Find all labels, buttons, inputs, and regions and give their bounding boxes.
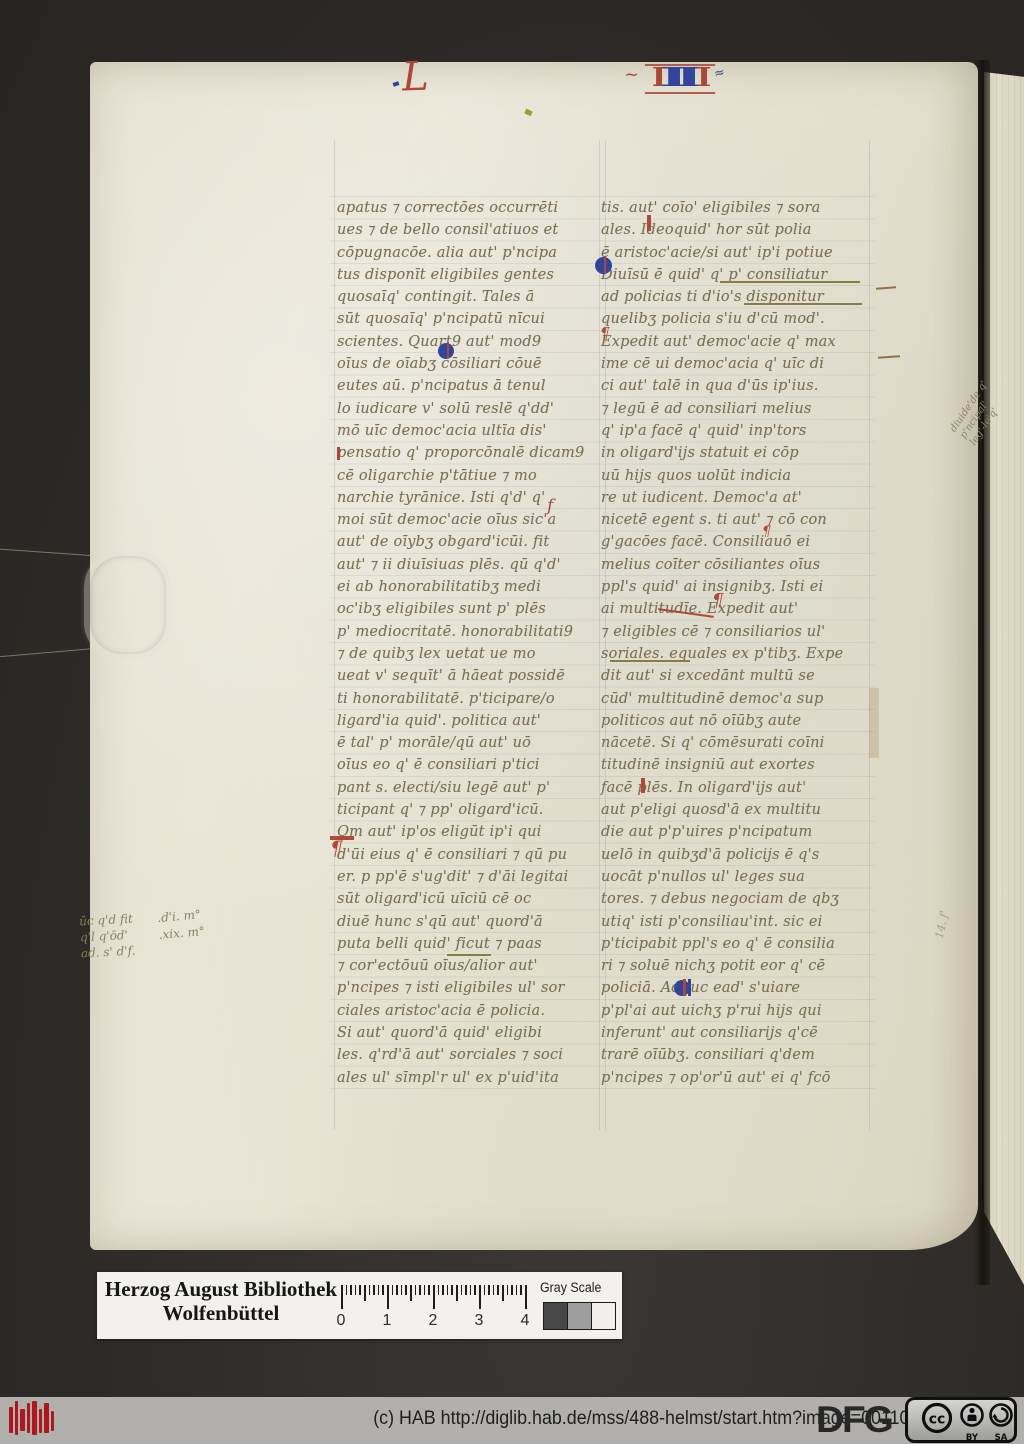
svg-text:BY: BY bbox=[966, 1433, 979, 1443]
page-clip bbox=[84, 550, 172, 660]
svg-text:SA: SA bbox=[995, 1433, 1008, 1443]
header-red-tilde: ~ bbox=[624, 64, 639, 85]
text-line: tus disponīt eligibiles gentes bbox=[337, 264, 603, 286]
ruler-tick bbox=[392, 1285, 394, 1295]
hab-logo-bar bbox=[32, 1401, 37, 1435]
text-line: Qm aut' ip'os eligūt ip'i qui bbox=[337, 821, 603, 843]
text-line: ligard'ia quid'. politica aut' bbox=[337, 710, 603, 732]
ruler-tick bbox=[461, 1285, 463, 1295]
red-f-mark: f bbox=[547, 496, 553, 516]
clip-wire-top bbox=[0, 549, 96, 557]
text-line: nācetē. Si q' cōmēsurati coīni bbox=[601, 732, 871, 754]
ruler-number: 3 bbox=[472, 1312, 486, 1330]
ruler-tick bbox=[369, 1285, 371, 1295]
ruler-tick bbox=[511, 1285, 513, 1295]
text-line: les. q'rd'ā aut' sorciales ⁊ soci bbox=[337, 1044, 603, 1066]
margin-note-left: ūc q'd fitq'l q'ōd'ad. s' d'f. bbox=[79, 911, 136, 962]
ruler-ticks bbox=[341, 1285, 536, 1311]
initial-diuisum-stem bbox=[604, 256, 606, 273]
hab-logo-bar bbox=[51, 1411, 54, 1431]
margin-note-line: ad. s' d'f. bbox=[80, 943, 135, 962]
ruler-tick bbox=[442, 1285, 444, 1295]
ruler-tick bbox=[502, 1285, 504, 1301]
text-line: mō uīc democ'acia ultīa dis' bbox=[337, 420, 603, 442]
initial-quartus-stem bbox=[447, 342, 449, 358]
text-line: ad policias ti d'io's disponitur bbox=[601, 286, 871, 308]
initial-adhuc-stem-red bbox=[683, 979, 686, 996]
ruler-tick bbox=[419, 1285, 421, 1295]
ruler-tick bbox=[516, 1285, 518, 1295]
underline-consiliatur bbox=[720, 281, 860, 283]
text-line: d'ūi eius q' ē consiliari ⁊ qū pu bbox=[337, 844, 603, 866]
ruler-tick bbox=[456, 1285, 458, 1301]
text-line: ales. Ideoquid' hor sūt polia bbox=[601, 219, 871, 241]
text-line: lo iudicare v' solū reslē q'dd' bbox=[337, 398, 603, 420]
ruler-tick bbox=[364, 1285, 366, 1301]
text-line: nicetē egent s. ti aut' ⁊ cō con bbox=[601, 509, 871, 531]
text-line: politicos aut nō oīūbʒ aute bbox=[601, 710, 871, 732]
text-line: policiā. Adhuc ead' s'uiare bbox=[601, 977, 871, 999]
text-line: ticipant q' ⁊ pp' oligard'icū. bbox=[337, 799, 603, 821]
cc-license-badge: cc BY SA bbox=[905, 1397, 1017, 1444]
text-line: Expedit aut' democ'acie q' max bbox=[601, 331, 871, 353]
text-line: cūd' multitudinē democ'a sup bbox=[601, 688, 871, 710]
text-line: sūt oligard'icū uīciū cē oc bbox=[337, 888, 603, 910]
text-line: ē tal' p' morāle/qū aut' uō bbox=[337, 732, 603, 754]
text-line: pant s. electi/siu legē aut' p' bbox=[337, 777, 603, 799]
hab-logo-bar bbox=[15, 1401, 18, 1435]
text-line: titudinē insigniū aut exortes bbox=[601, 754, 871, 776]
text-line: g'gacōes facē. Consiliauō ei bbox=[601, 531, 871, 553]
text-line: aut' de oīybʒ obgard'icūi. fit bbox=[337, 531, 603, 553]
text-line: apatus ⁊ correctōes occurrēti bbox=[337, 197, 603, 219]
ruler-tick bbox=[474, 1285, 476, 1295]
ruler-tick bbox=[470, 1285, 472, 1295]
text-line: puta belli quid' ficut ⁊ paas bbox=[337, 933, 603, 955]
folio-stroke: I bbox=[697, 65, 712, 91]
ruler-tick bbox=[401, 1285, 403, 1295]
paraph-expedit-1: ¶ bbox=[600, 324, 610, 342]
gray-scale-patch bbox=[543, 1302, 568, 1330]
ruler-tick bbox=[479, 1285, 481, 1309]
text-line: utiq' isti p'consiliau'int. sic ei bbox=[601, 911, 871, 933]
text-line: p'pl'ai aut uichʒ p'rui hijs qui bbox=[601, 1000, 871, 1022]
hab-logo-bar bbox=[39, 1409, 42, 1433]
text-line: aut p'eligi quosd'ā ex multitu bbox=[601, 799, 871, 821]
footer-strip: (c) HAB http://diglib.hab.de/mss/488-hel… bbox=[0, 1397, 1024, 1444]
gray-scale-patch bbox=[567, 1302, 592, 1330]
underline-disponitur bbox=[744, 303, 862, 305]
text-line: tores. ⁊ debus negociam de qbʒ bbox=[601, 888, 871, 910]
text-line: ei ab honorabilitatibʒ medi bbox=[337, 576, 603, 598]
text-line: ues ⁊ de bello consil'atiuos et bbox=[337, 219, 603, 241]
text-line: ppl's quid' ai insignibʒ. Isti ei bbox=[601, 576, 871, 598]
red-p-touch bbox=[337, 447, 340, 460]
text-line: p'ticipabit ppl's eo q' ē consilia bbox=[601, 933, 871, 955]
hab-logo-bar bbox=[44, 1403, 49, 1433]
library-name-line2: Wolfenbüttel bbox=[100, 1301, 342, 1325]
ruler-tick bbox=[465, 1285, 467, 1295]
ruler-tick bbox=[433, 1285, 435, 1309]
text-line: dit aut' si excedānt multū se bbox=[601, 665, 871, 687]
ruler-tick bbox=[488, 1285, 490, 1295]
text-line: oc'ibʒ eligibiles sunt p' plēs bbox=[337, 598, 603, 620]
ruler-number: 0 bbox=[334, 1312, 348, 1330]
text-line: re ut iudicent. Democ'a at' bbox=[601, 487, 871, 509]
text-line: aut' ⁊ ii diuīsiuas plēs. qū q'd' bbox=[337, 554, 603, 576]
gray-scale-label: Gray Scale bbox=[540, 1280, 601, 1295]
ruler-tick bbox=[355, 1285, 357, 1295]
text-line: er. p pp'ē s'ug'dit' ⁊ d'āi legitai bbox=[337, 866, 603, 888]
ruler-number: 1 bbox=[380, 1312, 394, 1330]
copyright-text: (c) HAB http://diglib.hab.de/mss/488-hel… bbox=[373, 1408, 787, 1430]
text-line: uū hijs quos uolūt indicia bbox=[601, 465, 871, 487]
ruler-tick bbox=[525, 1285, 527, 1309]
text-line: ⁊ eligibles cē ⁊ consiliarios ul' bbox=[601, 621, 871, 643]
hab-logo-icon bbox=[9, 1401, 65, 1441]
ruler-tick bbox=[415, 1285, 417, 1295]
text-line: ales ul' sīmpl'r ul' ex p'uid'ita bbox=[337, 1067, 603, 1089]
header-left-mark: L bbox=[401, 54, 429, 101]
text-line: moi sūt democ'acie oīus sic'a bbox=[337, 509, 603, 531]
text-line: uocāt p'nullos ul' leges sua bbox=[601, 866, 871, 888]
ruler-tick bbox=[520, 1285, 522, 1295]
ruler-tick bbox=[507, 1285, 509, 1295]
hab-logo-bar bbox=[9, 1407, 13, 1433]
text-line: quelibʒ policia s'iu d'cū mod'. bbox=[601, 308, 871, 330]
initial-ideo-stem bbox=[647, 215, 651, 231]
gray-scale-patch bbox=[591, 1302, 616, 1330]
facing-page-edge bbox=[984, 72, 1024, 1285]
initial-adhuc-stem-blue bbox=[688, 979, 691, 996]
ruler-tick bbox=[484, 1285, 486, 1295]
hab-logo-bar bbox=[20, 1409, 25, 1431]
library-name: Herzog August Bibliothek Wolfenbüttel bbox=[100, 1277, 342, 1325]
text-line: p' mediocritatē. honorabilitati9 bbox=[337, 621, 603, 643]
text-line: ueat v' sequīt' ā hāeat possidē bbox=[337, 665, 603, 687]
text-line: ⁊ legū ē ad consiliari melius bbox=[601, 398, 871, 420]
text-line: oīus eo q' ē consiliari p'tici bbox=[337, 754, 603, 776]
ruler-tick bbox=[341, 1285, 343, 1309]
ruler-number: 4 bbox=[518, 1312, 532, 1330]
text-line: ē aristoc'acie/si aut' ip'i potiue bbox=[601, 242, 871, 264]
paraph-qm: ¶ bbox=[330, 836, 343, 860]
ruler-tick bbox=[378, 1285, 380, 1295]
text-line: pensatio q' proporcōnalē dicam9 bbox=[337, 442, 603, 464]
text-line: cōpugnacōe. alia aut' p'ncipa bbox=[337, 242, 603, 264]
text-line: p'ncipes ⁊ op'or'ū aut' ei q' fcō bbox=[601, 1067, 871, 1089]
text-line: ri ⁊ soluē nichʒ potit eor q' cē bbox=[601, 955, 871, 977]
text-line: ciales aristoc'acia ē policia. bbox=[337, 1000, 603, 1022]
ruler-tick bbox=[428, 1285, 430, 1295]
text-line: cē oligarchie p'tātiue ⁊ mo bbox=[337, 465, 603, 487]
ruler-tick bbox=[451, 1285, 453, 1295]
ruler-tick bbox=[493, 1285, 495, 1295]
calibration-ruler: Herzog August Bibliothek Wolfenbüttel 01… bbox=[97, 1272, 622, 1339]
folio-number: IIII bbox=[645, 64, 715, 94]
underline-equales bbox=[610, 660, 690, 662]
dfg-logo: DFG bbox=[816, 1399, 892, 1441]
initial-quartus-disc bbox=[438, 343, 454, 359]
ruler-tick bbox=[410, 1285, 412, 1301]
initial-in-stem bbox=[641, 778, 645, 793]
ruler-tick bbox=[346, 1285, 348, 1295]
text-line: oīus de oīabʒ cōsiliari cōuē bbox=[337, 353, 603, 375]
ruler-tick bbox=[382, 1285, 384, 1295]
ruler-tick bbox=[373, 1285, 375, 1295]
text-line: ci aut' talē in qua d'ūs ip'ius. bbox=[601, 375, 871, 397]
text-line: eutes aū. p'ncipatus ā tenul bbox=[337, 375, 603, 397]
text-line: p'ncipes ⁊ isti eligibiles ul' sor bbox=[337, 977, 603, 999]
underline-ficut bbox=[447, 954, 491, 956]
text-line: narchie tyrānice. Isti q'd' q' bbox=[337, 487, 603, 509]
paraph-expedit-2: ¶ bbox=[712, 590, 723, 611]
ruler-number: 2 bbox=[426, 1312, 440, 1330]
fore-edge-stain bbox=[869, 688, 879, 758]
text-column-right: tis. aut' coīo' eligibiles ⁊ soraales. I… bbox=[601, 197, 871, 1089]
text-line: sūt quosaīq' p'ncipatū nīcui bbox=[337, 308, 603, 330]
text-line: Si aut' quord'ā quid' eligibi bbox=[337, 1022, 603, 1044]
text-line: trarē oīūbʒ. consiliari q'dem bbox=[601, 1044, 871, 1066]
text-line: melius coīter cōsiliantes oīus bbox=[601, 554, 871, 576]
text-line: tis. aut' coīo' eligibiles ⁊ sora bbox=[601, 197, 871, 219]
text-line: inferunt' aut consiliarijs q'cē bbox=[601, 1022, 871, 1044]
svg-text:cc: cc bbox=[929, 1412, 946, 1428]
text-line: die aut p'p'uires p'ncipatum bbox=[601, 821, 871, 843]
column-rule-left bbox=[334, 140, 335, 1130]
ruler-tick bbox=[405, 1285, 407, 1295]
text-line: ai multitudīe. Expedit aut' bbox=[601, 598, 871, 620]
paraph-consiliauo: ¶ bbox=[762, 524, 771, 540]
text-line: quosaīq' contingit. Tales ā bbox=[337, 286, 603, 308]
text-line: diuē hunc s'qū aut' quord'ā bbox=[337, 911, 603, 933]
text-line: ti honorabilitatē. p'ticipare/o bbox=[337, 688, 603, 710]
hab-logo-bar bbox=[27, 1403, 30, 1433]
ruler-tick bbox=[424, 1285, 426, 1295]
ruler-tick bbox=[396, 1285, 398, 1295]
text-line: q' ip'a facē q' quid' inp'tors bbox=[601, 420, 871, 442]
ruler-tick bbox=[350, 1285, 352, 1295]
text-line: ⁊ de quibʒ lex uetat ue mo bbox=[337, 643, 603, 665]
text-line: scientes. Quart9 aut' mod9 bbox=[337, 331, 603, 353]
margin-note-left-2: .d'i. m°.xix. m° bbox=[157, 906, 206, 944]
text-line: ime cē ui democ'acia q' uīc di bbox=[601, 353, 871, 375]
photo-backdrop: IIII apatus ⁊ correctōes occurrētiues ⁊ … bbox=[0, 0, 1024, 1444]
ruler-tick bbox=[438, 1285, 440, 1295]
text-line: uelō in quibʒd'ā policijs ē q's bbox=[601, 844, 871, 866]
ruler-tick bbox=[497, 1285, 499, 1295]
clip-wire-bottom bbox=[0, 648, 96, 657]
ruler-tick bbox=[359, 1285, 361, 1295]
ruler-tick bbox=[447, 1285, 449, 1295]
text-line: ⁊ cor'ectōuū oīus/alior aut' bbox=[337, 955, 603, 977]
text-line: in oligard'ijs statuit ei cōp bbox=[601, 442, 871, 464]
library-name-line1: Herzog August Bibliothek bbox=[100, 1277, 342, 1301]
ruler-tick bbox=[387, 1285, 389, 1309]
